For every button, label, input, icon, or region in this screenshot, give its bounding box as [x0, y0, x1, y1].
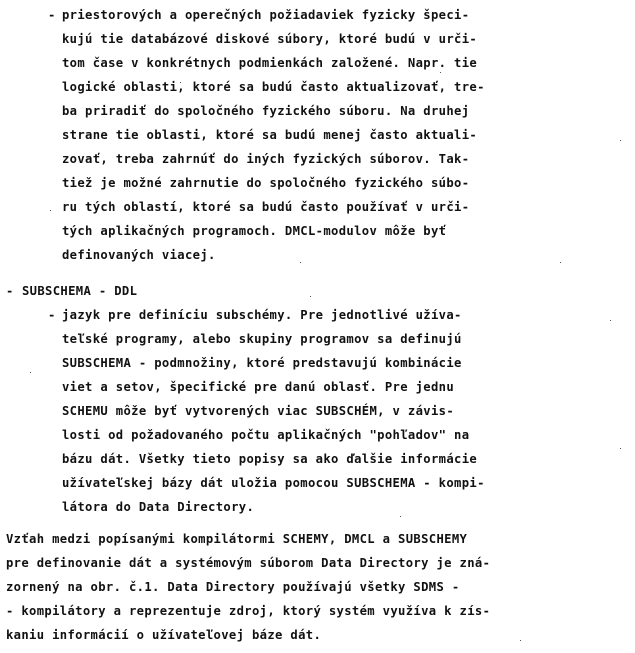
- text-line: zornený na obr. č.1. Data Directory použ…: [6, 580, 460, 594]
- text-line: jazyk pre definíciu subschémy. Pre jedno…: [62, 308, 462, 322]
- section-heading: SUBSCHEMA - DDL: [22, 284, 137, 298]
- text-line: logické oblasti, ktoré sa budú často akt…: [62, 80, 485, 94]
- speck: [310, 296, 311, 297]
- text-line: strane tie oblasti, ktoré sa budú menej …: [62, 128, 477, 142]
- text-line: kujú tie databázové diskové súbory, ktor…: [62, 32, 477, 46]
- text-line: teľské programy, alebo skupiny programov…: [62, 332, 462, 346]
- speck: [440, 72, 441, 73]
- speck: [620, 140, 621, 141]
- speck: [400, 516, 401, 517]
- text-line: pre definovanie dát a systémovým súborom…: [6, 556, 490, 570]
- text-line: definovaných viacej.: [62, 248, 216, 262]
- bullet-dash: -: [48, 8, 56, 22]
- text-line: zovať, treba zahrnúť do iných fyzických …: [62, 152, 469, 166]
- text-line: priestorových a operečných požiadaviek f…: [62, 8, 469, 22]
- text-line: SUBSCHEMA - podmnožiny, ktoré predstavuj…: [62, 356, 462, 370]
- speck: [30, 372, 31, 373]
- bullet-dash: -: [48, 308, 56, 322]
- text-line: ba priradiť do spoločného fyzického súbo…: [62, 104, 469, 118]
- speck: [180, 82, 181, 83]
- text-line: užívateľskej bázy dát uložia pomocou SUB…: [62, 476, 485, 490]
- speck: [520, 640, 521, 641]
- text-line: látora do Data Directory.: [62, 500, 254, 514]
- text-line: tom čase v konkrétnych podmienkách založ…: [62, 56, 477, 70]
- text-line: tiež je možné zahrnutie do spoločného fy…: [62, 176, 469, 190]
- text-line: - kompilátory a reprezentuje zdroj, ktor…: [6, 604, 490, 618]
- text-line: Vzťah medzi popísanými kompilátormi SCHE…: [6, 532, 467, 546]
- speck: [610, 320, 611, 321]
- bullet-dash: -: [6, 284, 14, 298]
- text-line: bázu dát. Všetky tieto popisy sa ako ďal…: [62, 452, 477, 466]
- speck: [560, 262, 561, 263]
- text-line: kaniu informácií o užívateľovej báze dát…: [6, 628, 321, 642]
- speck: [300, 262, 301, 263]
- speck: [620, 448, 621, 449]
- text-line: SCHEMU môže byť vytvorených viac SUBSCHÉ…: [62, 404, 454, 418]
- speck: [50, 210, 51, 211]
- text-line: viet a setov, špecifické pre danú oblasť…: [62, 380, 454, 394]
- text-line: tých aplikačných programoch. DMCL-modulo…: [62, 224, 446, 238]
- text-line: losti od požadovaného počtu aplikačných …: [62, 428, 469, 442]
- text-line: ru tých oblastí, ktoré sa budú často pou…: [62, 200, 469, 214]
